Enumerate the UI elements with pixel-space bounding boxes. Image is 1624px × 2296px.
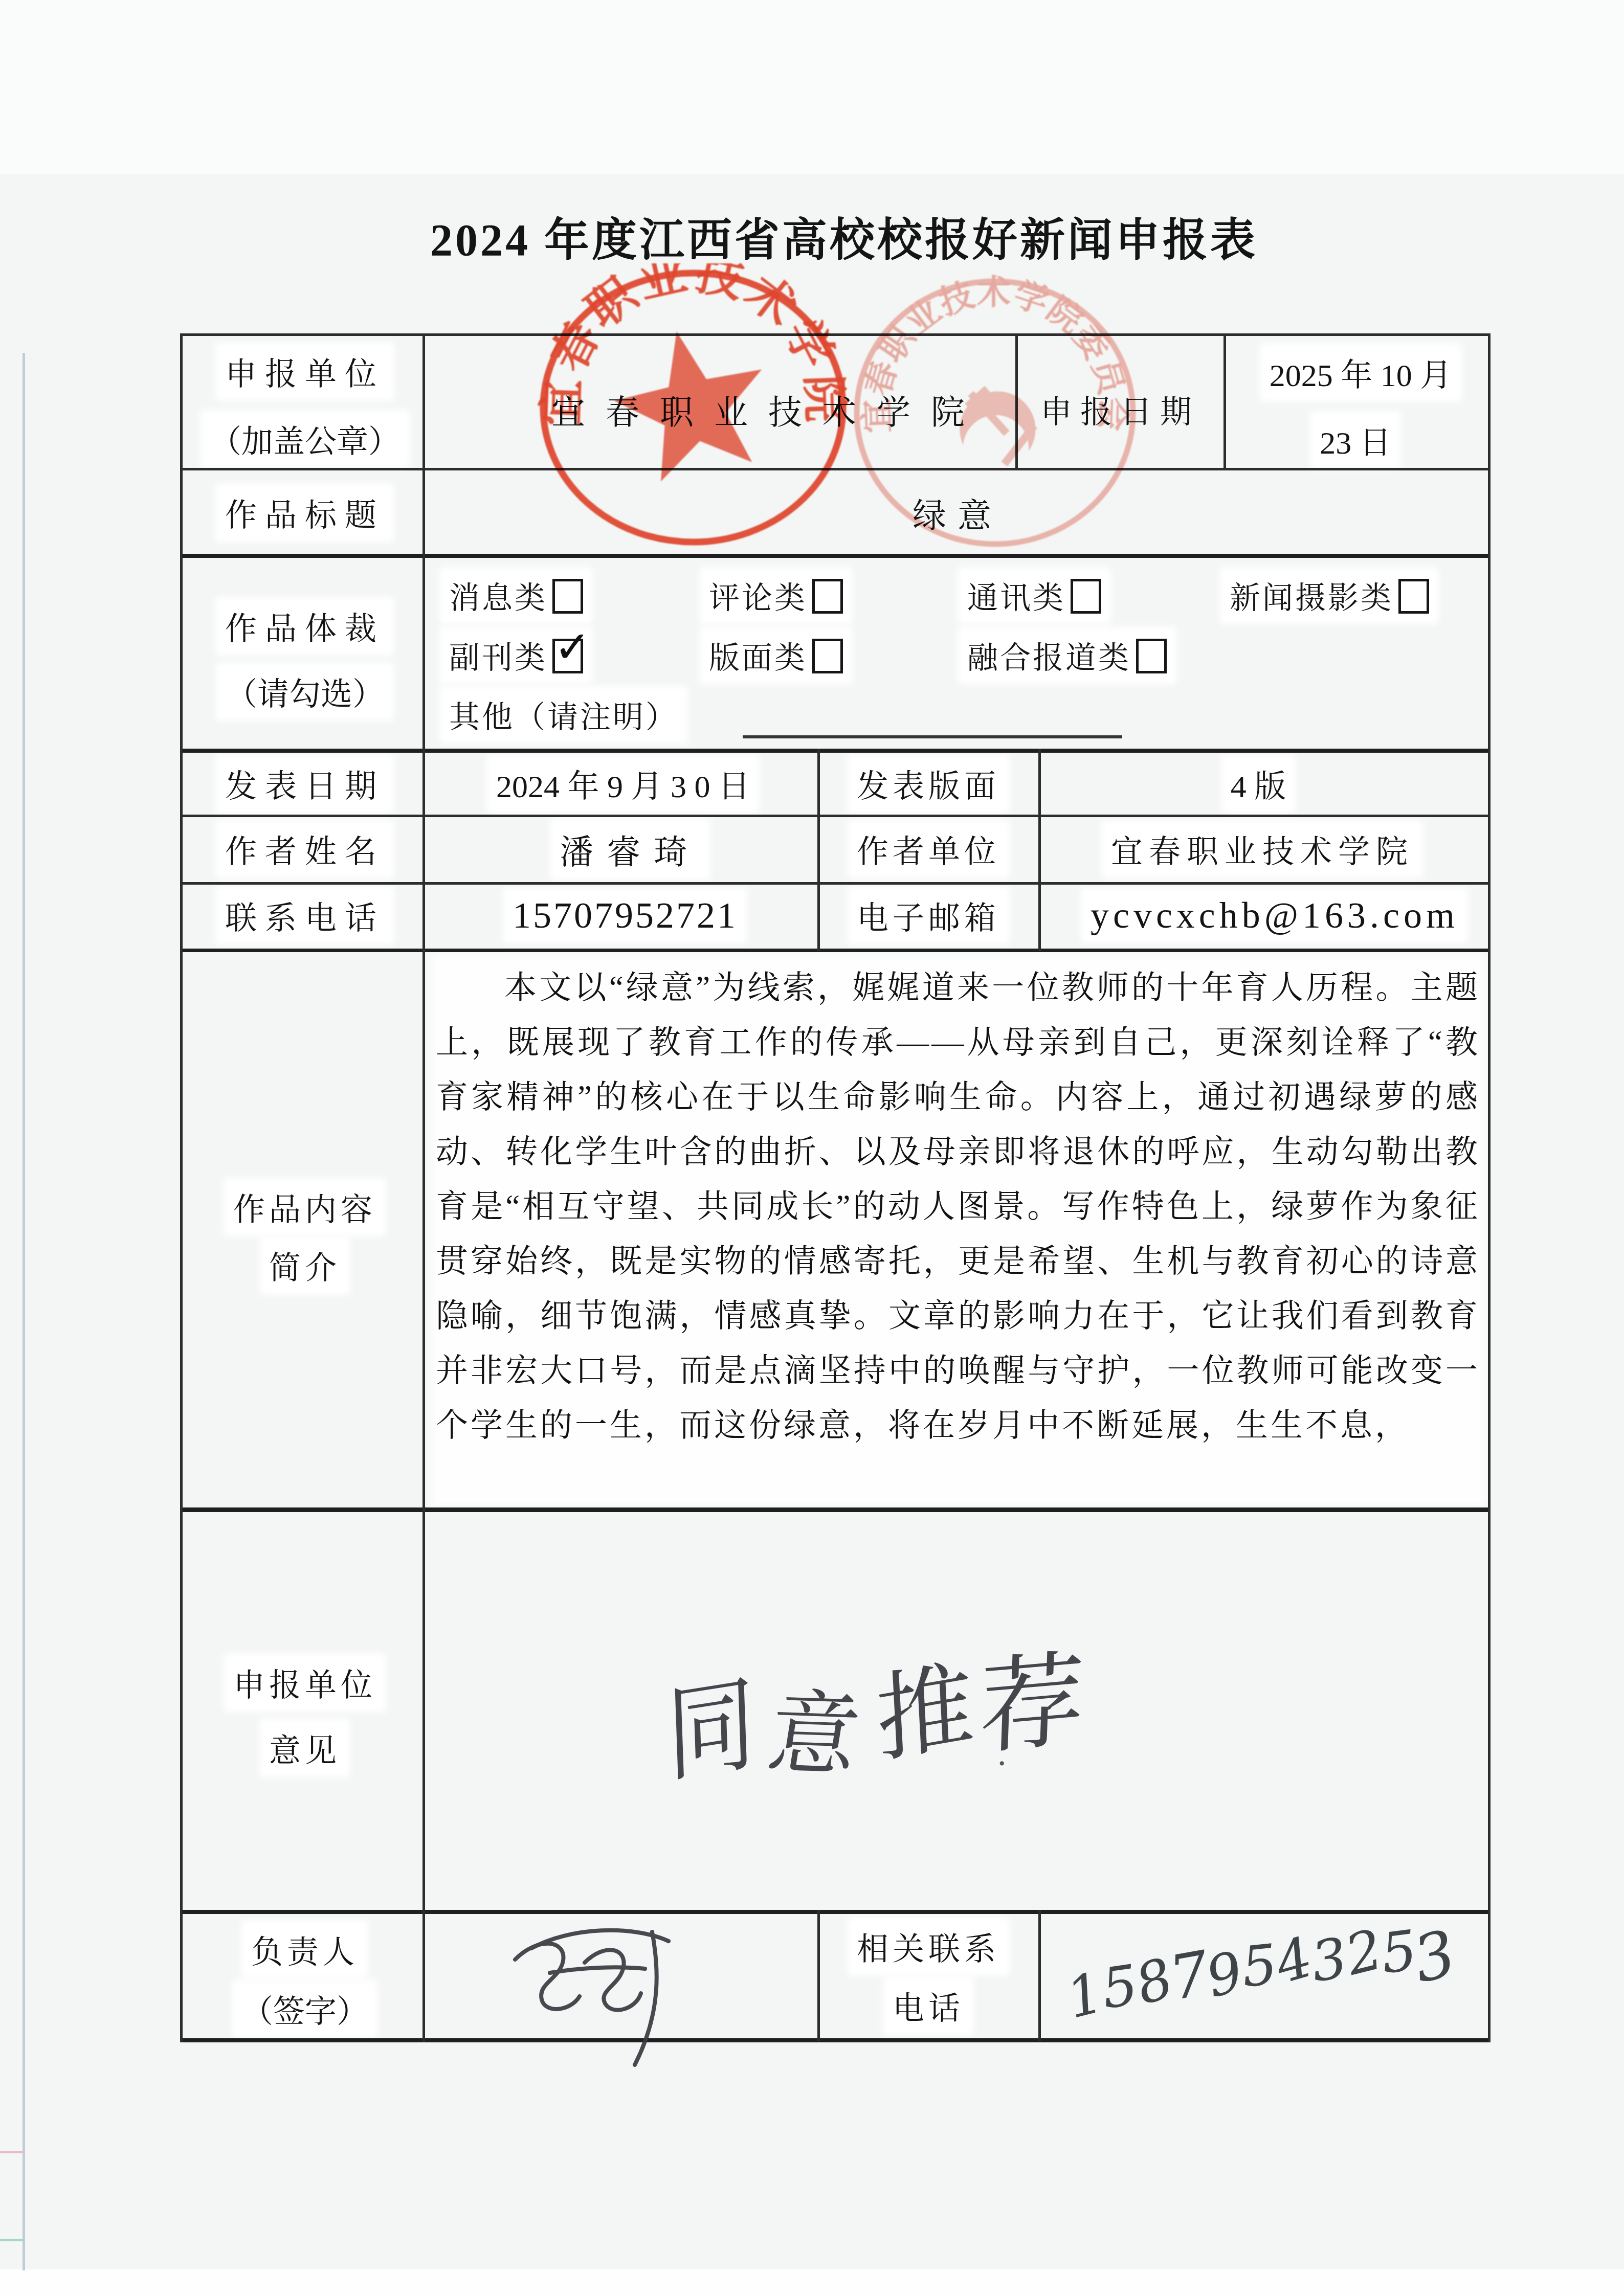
label-unit-opinion-line1: 申报单位	[228, 1658, 382, 1707]
checkbox-checked-icon: ✓	[552, 639, 583, 673]
label-author-unit: 作者单位	[852, 824, 1005, 874]
responsible-phone-handwriting: 15879543253	[1064, 1931, 1406, 2019]
checkbox-icon	[1071, 579, 1101, 614]
grid-line	[422, 333, 425, 2042]
genre-checkbox-supplement-checked: 副刊类✓	[444, 632, 588, 680]
grid-line	[1038, 749, 1041, 951]
publish-page-value: 4 版	[1226, 759, 1292, 808]
genre-other-label: 其他（请注明）	[444, 691, 683, 739]
scan-tick-pink	[0, 2151, 25, 2153]
approval-handwriting: 同意推荐	[654, 1632, 1024, 1789]
genre-checkbox-integrated-report: 融合报道类	[962, 632, 1172, 680]
approval-handwriting-period: .	[997, 1734, 1007, 1774]
checkbox-icon	[1136, 639, 1167, 673]
genre-label: 评论类	[709, 581, 807, 615]
grid-line	[817, 1910, 820, 2041]
grid-line	[1223, 333, 1226, 470]
publish-date-value: 2024 年 9 月 3 0 日	[491, 759, 755, 808]
label-declaring-unit-line1: 申报单位	[220, 347, 390, 396]
genre-label: 通讯类	[967, 581, 1065, 615]
seal-star-icon	[614, 331, 762, 481]
label-declaring-unit-line2: （加盖公章）	[205, 414, 405, 464]
label-related-phone-line1: 相关联系	[852, 1922, 1005, 1971]
page-bottom-edge	[0, 2269, 1624, 2296]
grid-line	[817, 749, 820, 951]
genre-checkbox-photography: 新闻摄影类	[1225, 572, 1434, 620]
label-publish-date: 发表日期	[220, 759, 390, 808]
declare-date-line2: 23 日	[1315, 415, 1396, 465]
label-work-title: 作品标题	[220, 488, 390, 537]
hammer-sickle-icon	[960, 386, 1037, 466]
signature-scribble	[488, 1912, 719, 2076]
genre-label: 消息类	[449, 581, 547, 615]
page-title: 2024 年度江西省高校校报好新闻申报表	[430, 204, 1258, 268]
grid-line	[180, 749, 1490, 753]
grid-line	[180, 333, 183, 2042]
checkbox-icon	[812, 639, 843, 673]
genre-label: 副刊类	[449, 641, 547, 675]
label-related-phone-line2: 电话	[887, 1981, 969, 2031]
label-genre-line1: 作品体裁	[220, 601, 390, 651]
genre-label: 融合报道类	[967, 641, 1131, 675]
author-unit-value: 宜春职业技术学院	[1106, 824, 1419, 874]
scanned-form-page: { "page": { "title": "2024 年度江西省高校校报好新闻申…	[0, 0, 1624, 2296]
grid-line	[1488, 333, 1490, 2042]
label-genre-line2: （请勾选）	[220, 667, 389, 716]
genre-checkbox-correspondence: 通讯类	[962, 572, 1106, 620]
page-top-margin	[0, 0, 1624, 174]
grid-line	[180, 815, 1490, 817]
grid-line	[180, 2038, 1490, 2042]
grid-line	[180, 1507, 1490, 1512]
genre-label: 版面类	[709, 641, 807, 675]
committee-seal-stamp: 宜春职业技术学院委员会	[849, 274, 1141, 552]
checkbox-icon	[552, 579, 583, 614]
label-author-name: 作者姓名	[220, 824, 390, 874]
school-seal-stamp: 宜春职业技术学院	[532, 263, 854, 555]
genre-other-underline	[743, 735, 1122, 738]
label-publish-page: 发表版面	[852, 759, 1005, 808]
scan-tick-teal	[0, 2239, 25, 2241]
declare-date-line1: 2025 年 10 月	[1264, 348, 1457, 397]
genre-label: 新闻摄影类	[1230, 581, 1393, 615]
genre-checkbox-layout: 版面类	[704, 632, 848, 680]
email-value: ycvcxchb@163.com	[1085, 892, 1464, 939]
author-name-value: 潘睿琦	[554, 823, 706, 875]
work-summary-paragraph: 本文以“绿意”为线索，娓娓道来一位教师的十年育人历程。主题上，既展现了教育工作的…	[436, 960, 1480, 1502]
label-work-summary-line2: 简介	[264, 1241, 346, 1290]
label-unit-opinion-line2: 意见	[264, 1723, 346, 1773]
label-work-summary-line1: 作品内容	[228, 1182, 382, 1232]
label-responsible-person-line1: 负责人	[246, 1925, 364, 1974]
grid-line	[180, 1910, 1490, 1914]
genre-checkbox-commentary: 评论类	[704, 572, 848, 620]
label-contact-phone: 联系电话	[220, 891, 390, 940]
checkbox-icon	[1398, 579, 1429, 614]
checkbox-icon	[812, 579, 843, 614]
grid-line	[180, 949, 1490, 952]
grid-line	[1038, 1910, 1041, 2041]
scan-edge-line	[23, 353, 25, 2270]
label-email: 电子邮箱	[852, 891, 1005, 940]
grid-line	[180, 882, 1490, 885]
contact-phone-value: 15707952721	[507, 892, 743, 939]
genre-checkbox-news: 消息类	[444, 572, 588, 620]
label-responsible-person-line2: （签字）	[236, 1984, 373, 2034]
